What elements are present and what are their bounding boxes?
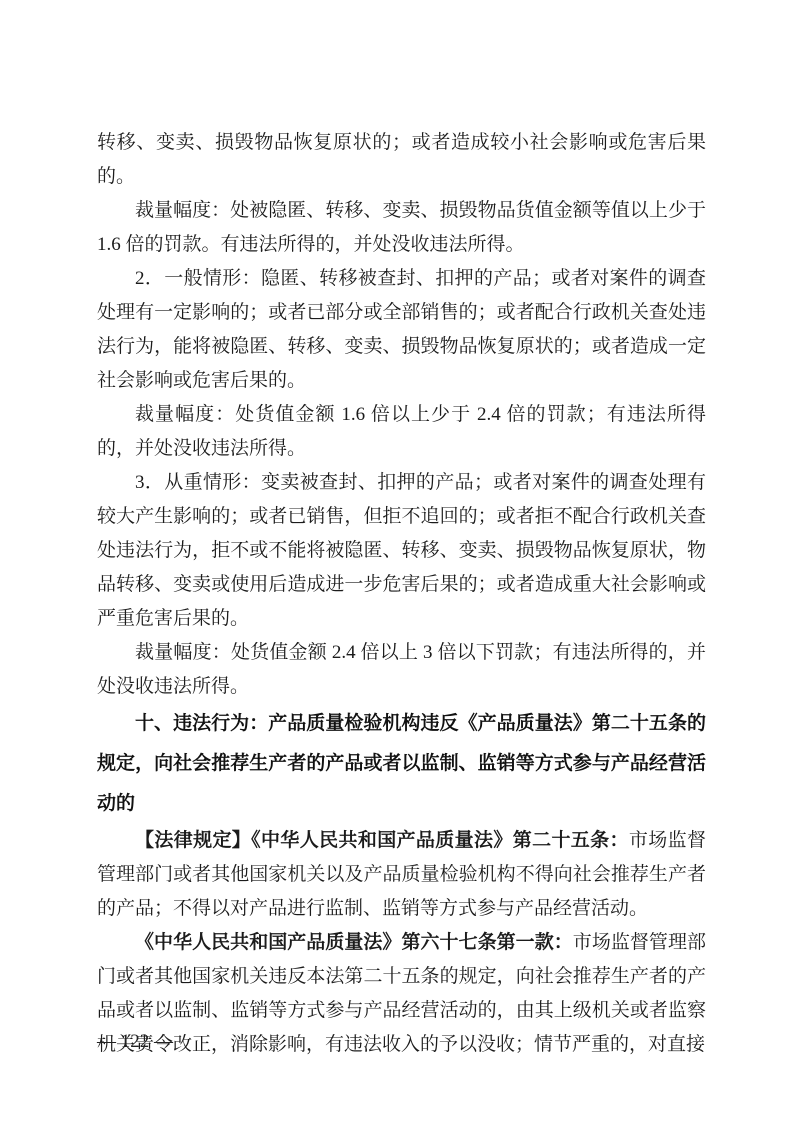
page-number-footer: — 122 — xyxy=(97,1030,173,1054)
body-text: 裁量幅度：处货值金额 2.4 倍以上 3 倍以下罚款；有违法所得的，并处没收违法… xyxy=(97,642,706,697)
document-body: 转移、变卖、损毁物品恢复原状的；或者造成较小社会影响或危害后果的。裁量幅度：处被… xyxy=(97,126,706,1062)
paragraph: 3．从重情形：变卖被查封、扣押的产品；或者对案件的调查处理有较大产生影响的；或者… xyxy=(97,466,706,636)
body-text: 裁量幅度：处被隐匿、转移、变卖、损毁物品货值金额等值以上少于 1.6 倍的罚款。… xyxy=(97,200,706,255)
body-text: 2．一般情形：隐匿、转移被查封、扣押的产品；或者对案件的调查处理有一定影响的；或… xyxy=(97,268,706,391)
document-page: 转移、变卖、损毁物品恢复原状的；或者造成较小社会影响或危害后果的。裁量幅度：处被… xyxy=(0,0,793,1122)
paragraph: 2．一般情形：隐匿、转移被查封、扣押的产品；或者对案件的调查处理有一定影响的；或… xyxy=(97,262,706,398)
section-heading: 十、违法行为：产品质量检验机构违反《产品质量法》第二十五条的规定，向社会推荐生产… xyxy=(97,704,706,824)
paragraph: 《中华人民共和国产品质量法》第六十七条第一款：市场监督管理部门或者其他国家机关违… xyxy=(97,926,706,1062)
paragraph: 裁量幅度：处被隐匿、转移、变卖、损毁物品货值金额等值以上少于 1.6 倍的罚款。… xyxy=(97,194,706,262)
bold-lead-in-text: 十、违法行为：产品质量检验机构违反《产品质量法》第二十五条的规定，向社会推荐生产… xyxy=(97,713,706,814)
paragraph: 裁量幅度：处货值金额 1.6 倍以上少于 2.4 倍的罚款；有违法所得的，并处没… xyxy=(97,398,706,466)
bold-lead-in-text: 【法律规定】《中华人民共和国产品质量法》第二十五条： xyxy=(135,830,629,851)
body-text: 裁量幅度：处货值金额 1.6 倍以上少于 2.4 倍的罚款；有违法所得的，并处没… xyxy=(97,404,706,459)
paragraph: 裁量幅度：处货值金额 2.4 倍以上 3 倍以下罚款；有违法所得的，并处没收违法… xyxy=(97,636,706,704)
bold-lead-in-text: 《中华人民共和国产品质量法》第六十七条第一款： xyxy=(135,932,573,953)
body-text: 转移、变卖、损毁物品恢复原状的；或者造成较小社会影响或危害后果的。 xyxy=(97,132,706,187)
body-text: 3．从重情形：变卖被查封、扣押的产品；或者对案件的调查处理有较大产生影响的；或者… xyxy=(97,472,706,629)
paragraph: 【法律规定】《中华人民共和国产品质量法》第二十五条：市场监督管理部门或者其他国家… xyxy=(97,824,706,926)
paragraph: 转移、变卖、损毁物品恢复原状的；或者造成较小社会影响或危害后果的。 xyxy=(97,126,706,194)
